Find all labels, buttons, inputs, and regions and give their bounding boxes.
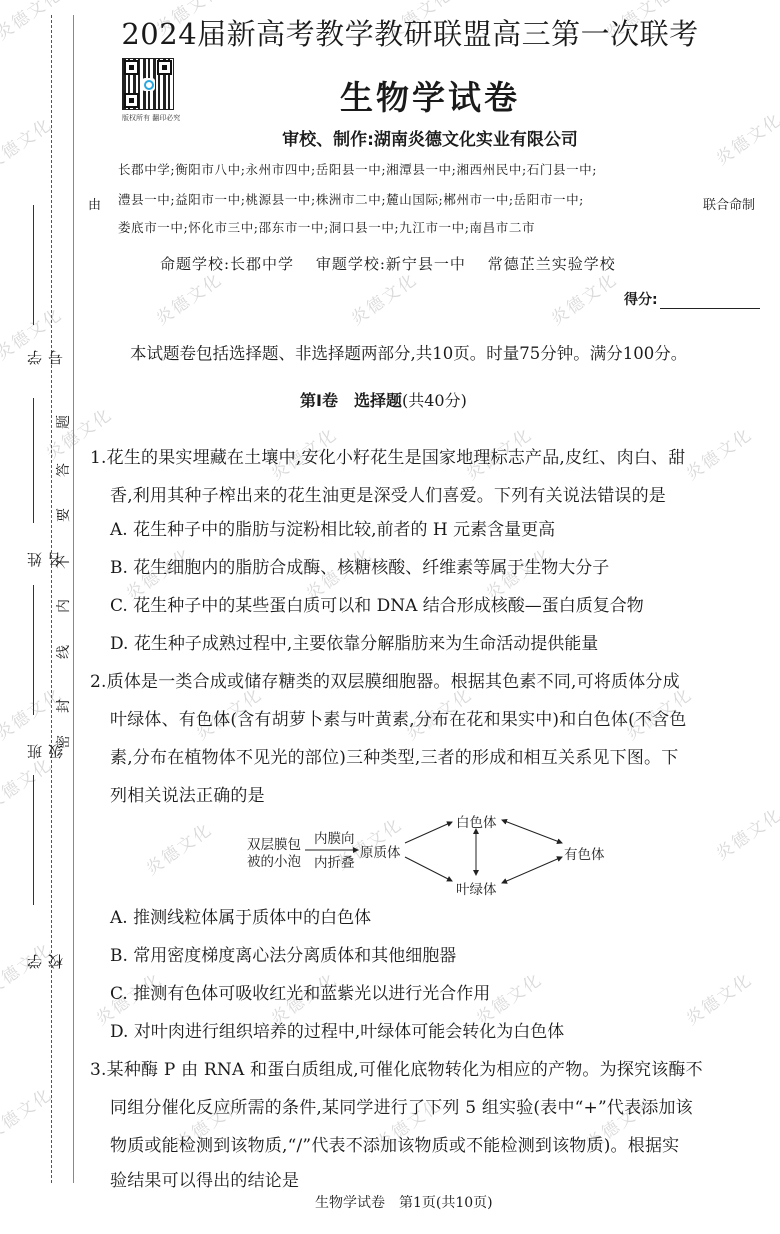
name-label: 姓名 xyxy=(24,528,44,578)
diagram-arrow-label: 内折叠 xyxy=(314,851,355,871)
diagram-node-chloroplast: 叶绿体 xyxy=(456,878,497,898)
diagram-node-chromoplast: 有色体 xyxy=(564,843,605,863)
watermark: 炎德文化 xyxy=(0,0,66,45)
class-label: 班级 xyxy=(24,720,44,770)
watermark: 炎德文化 xyxy=(545,265,622,329)
seal-char: 题 xyxy=(53,414,73,430)
seal-char: 封 xyxy=(53,698,73,714)
question-text: 1.花生的果实埋藏在土壤中,安化小籽花生是国家地理标志产品,皮红、肉白、甜 xyxy=(90,443,685,468)
reviewer-school-2: 常德芷兰实验学校 xyxy=(488,255,616,273)
question-text: 验结果可以得出的结论是 xyxy=(110,1166,299,1191)
exam-title: 2024届新高考教学教研联盟高三第一次联考 xyxy=(100,12,720,53)
setter-reviewer-line: 命题学校:长郡中学 审题学校:新宁县一中 常德芷兰实验学校 xyxy=(160,253,616,274)
watermark: 炎德文化 xyxy=(710,800,780,864)
question-text: 列相关说法正确的是 xyxy=(110,781,265,806)
diagram-node-leucoplast: 白色体 xyxy=(456,811,497,831)
watermark: 炎德文化 xyxy=(150,265,227,329)
question-text: 素,分布在植物体不见光的部位)三种类型,三者的形成和相互关系见下图。下 xyxy=(110,743,678,768)
joint-schools-line: 澧县一中;益阳市一中;桃源县一中;株洲市二中;麓山国际;郴州市一中;岳阳市一中; xyxy=(118,190,584,208)
question-text: 2.质体是一类合成或储存糖类的双层膜细胞器。根据其色素不同,可将质体分成 xyxy=(90,667,680,692)
diagram-source-label: 被的小泡 xyxy=(247,850,301,870)
option-c[interactable]: C. 花生种子中的某些蛋白质可以和 DNA 结合形成核酸—蛋白质复合物 xyxy=(110,591,644,616)
option-b[interactable]: B. 常用密度梯度离心法分离质体和其他细胞器 xyxy=(110,941,456,966)
section-title: 第Ⅰ卷 选择题(共40分) xyxy=(300,388,560,411)
watermark: 炎德文化 xyxy=(345,265,422,329)
seal-char: 不 xyxy=(53,554,73,570)
joint-authored-label: 联合命制 xyxy=(703,194,755,213)
diagram-arrow-label: 内膜向 xyxy=(314,827,355,847)
watermark: 炎德文化 xyxy=(710,105,780,169)
seal-char: 线 xyxy=(53,644,73,660)
watermark: 炎德文化 xyxy=(680,965,757,1029)
setter-school: 命题学校:长郡中学 xyxy=(160,255,294,273)
reviewer-school: 审题学校:新宁县一中 xyxy=(316,255,466,273)
score-blank[interactable] xyxy=(660,294,760,309)
producer-line: 审校、制作:湖南炎德文化实业有限公司 xyxy=(200,125,660,150)
seal-char: 密 xyxy=(53,734,73,750)
exam-instructions: 本试题卷包括选择题、非选择题两部分,共10页。时量75分钟。满分100分。 xyxy=(130,340,687,364)
score-label: 得分: xyxy=(624,292,658,308)
question-text: 3.某种酶 P 由 RNA 和蛋白质组成,可催化底物转化为相应的产物。为探究该酶… xyxy=(90,1055,703,1080)
plastid-relationship-diagram: 双层膜包 被的小泡 内膜向 内折叠 原质体 白色体 叶绿体 有色体 xyxy=(230,805,630,900)
student-id-line-lower[interactable] xyxy=(33,398,34,523)
option-c[interactable]: C. 推测有色体可吸收红光和蓝紫光以进行光合作用 xyxy=(110,979,490,1004)
option-d[interactable]: D. 对叶肉进行组织培养的过程中,叶绿体可能会转化为白色体 xyxy=(110,1017,564,1042)
subject-title: 生物学试卷 xyxy=(200,72,660,119)
qr-code-image xyxy=(122,58,174,110)
watermark: 炎德文化 xyxy=(0,1080,56,1144)
option-a[interactable]: A. 花生种子中的脂肪与淀粉相比较,前者的 H 元素含量更高 xyxy=(110,515,555,540)
joint-schools-line: 娄底市一中;怀化市三中;邵东市一中;洞口县一中;九江市一中;南昌市二市 xyxy=(118,218,535,236)
app-logo-icon xyxy=(142,78,155,91)
margin-border-line xyxy=(73,15,74,1183)
question-text: 叶绿体、有色体(含有胡萝卜素与叶黄素,分布在花和果实中)和白色体(不含色 xyxy=(110,705,687,730)
qr-code[interactable]: 版权所有 翻印必究 xyxy=(122,58,174,132)
score-field[interactable]: 得分: xyxy=(624,289,760,309)
page-footer: 生物学试卷 第1页(共10页) xyxy=(315,1192,493,1212)
question-text: 物质或能检测到该物质,“/”代表不添加该物质或不能检测到该物质)。根据实 xyxy=(110,1131,679,1156)
seal-dashed-line xyxy=(51,15,52,1183)
section-title-bold: 第Ⅰ卷 选择题 xyxy=(300,391,402,410)
class-line[interactable] xyxy=(33,775,34,905)
diagram-node-proplastid: 原质体 xyxy=(360,841,401,861)
joint-schools-line: 长郡中学;衡阳市八中;永州市四中;岳阳县一中;湘潭县一中;湘西州民中;石门县一中… xyxy=(118,160,597,178)
question-text: 同组分催化反应所需的条件,某同学进行了下列 5 组实验(表中“+”代表添加该 xyxy=(110,1093,693,1118)
question-text: 香,利用其种子榨出来的花生油更是深受人们喜爱。下列有关说法错误的是 xyxy=(110,481,666,506)
by-label: 由 xyxy=(88,194,101,213)
watermark: 炎德文化 xyxy=(0,110,56,174)
student-id-label: 学号 xyxy=(24,328,44,373)
option-d[interactable]: D. 花生种子成熟过程中,主要依靠分解脂肪来为生命活动提供能量 xyxy=(110,629,598,654)
name-line[interactable] xyxy=(33,585,34,715)
watermark: 炎德文化 xyxy=(140,815,217,879)
student-id-line[interactable] xyxy=(33,205,34,325)
seal-char: 答 xyxy=(53,462,73,478)
seal-char: 要 xyxy=(53,507,73,523)
school-label: 学校 xyxy=(24,930,44,980)
copyright-notice: 版权所有 翻印必究 xyxy=(122,113,174,123)
option-b[interactable]: B. 花生细胞内的脂肪合成酶、核糖核酸、纤维素等属于生物大分子 xyxy=(110,553,609,578)
seal-char: 内 xyxy=(53,598,73,614)
watermark: 炎德文化 xyxy=(680,420,757,484)
section-title-points: (共40分) xyxy=(402,391,467,410)
option-a[interactable]: A. 推测线粒体属于质体中的白色体 xyxy=(110,903,371,928)
